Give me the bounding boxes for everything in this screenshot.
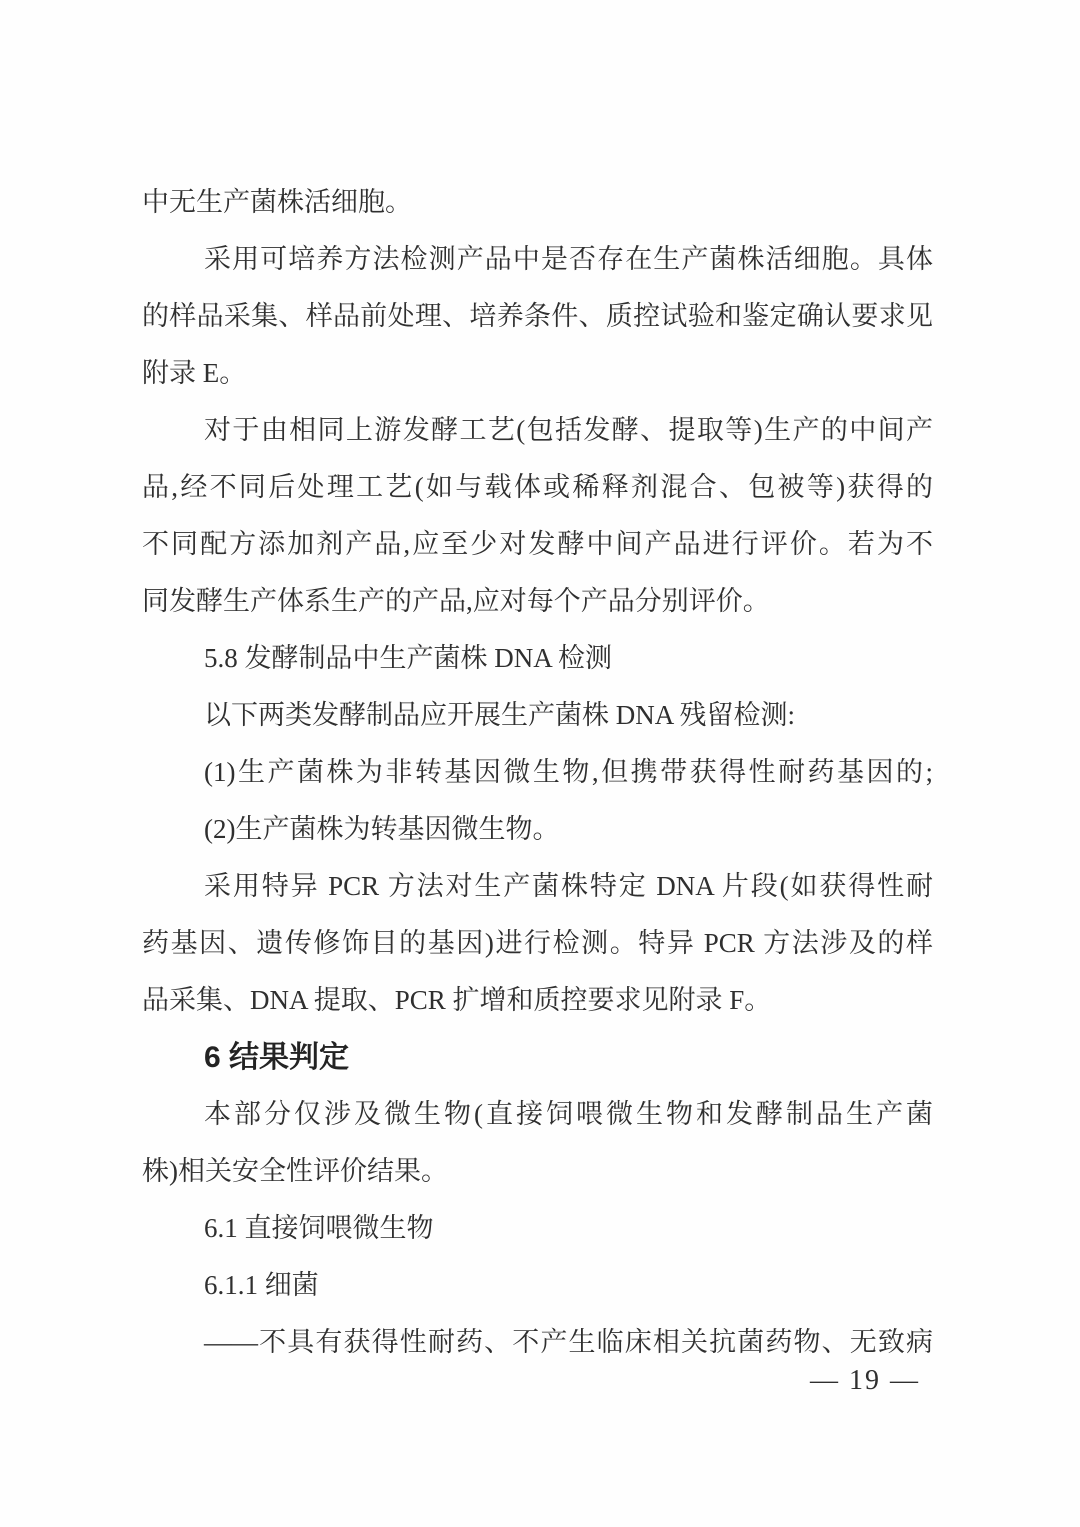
text-line: 品,经不同后处理工艺(如与载体或稀释剂混合、包被等)获得的 — [142, 459, 933, 516]
text-line: 附录 E。 — [142, 345, 933, 402]
text-line: 5.8 发酵制品中生产菌株 DNA 检测 — [142, 630, 933, 687]
text-line: (1)生产菌株为非转基因微生物,但携带获得性耐药基因的; — [142, 744, 933, 801]
document-body: 中无生产菌株活细胞。采用可培养方法检测产品中是否存在生产菌株活细胞。具体的样品采… — [142, 174, 933, 1371]
text-line: 本部分仅涉及微生物(直接饲喂微生物和发酵制品生产菌 — [142, 1086, 933, 1143]
text-line: 对于由相同上游发酵工艺(包括发酵、提取等)生产的中间产 — [142, 402, 933, 459]
text-line: 株)相关安全性评价结果。 — [142, 1143, 933, 1200]
text-line: 采用特异 PCR 方法对生产菌株特定 DNA 片段(如获得性耐 — [142, 858, 933, 915]
text-line: (2)生产菌株为转基因微生物。 — [142, 801, 933, 858]
text-line: 同发酵生产体系生产的产品,应对每个产品分别评价。 — [142, 573, 933, 630]
text-line: 采用可培养方法检测产品中是否存在生产菌株活细胞。具体 — [142, 231, 933, 288]
document-page: 中无生产菌株活细胞。采用可培养方法检测产品中是否存在生产菌株活细胞。具体的样品采… — [0, 0, 1080, 1527]
page-number: — 19 — — [810, 1352, 920, 1409]
text-line: 药基因、遗传修饰目的基因)进行检测。特异 PCR 方法涉及的样 — [142, 915, 933, 972]
text-line: 品采集、DNA 提取、PCR 扩增和质控要求见附录 F。 — [142, 972, 933, 1029]
text-line: 中无生产菌株活细胞。 — [142, 174, 933, 231]
text-line: 6.1 直接饲喂微生物 — [142, 1200, 933, 1257]
text-line: 不同配方添加剂产品,应至少对发酵中间产品进行评价。若为不 — [142, 516, 933, 573]
section-heading: 6 结果判定 — [142, 1029, 933, 1086]
text-line: 以下两类发酵制品应开展生产菌株 DNA 残留检测: — [142, 687, 933, 744]
text-line: 的样品采集、样品前处理、培养条件、质控试验和鉴定确认要求见 — [142, 288, 933, 345]
text-line: 6.1.1 细菌 — [142, 1257, 933, 1314]
